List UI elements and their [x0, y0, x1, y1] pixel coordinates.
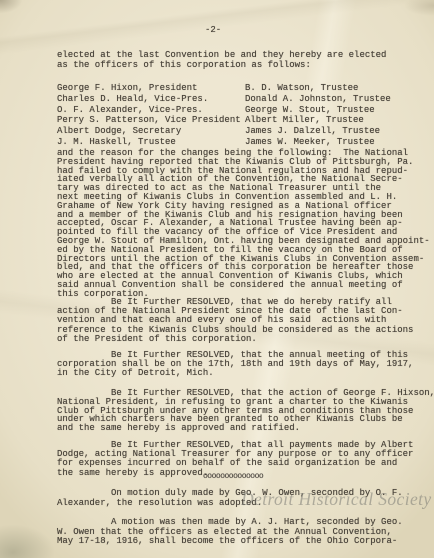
- officer-column-left: George F. Hixon, PresidentCharles D. Hea…: [57, 83, 241, 148]
- paragraph-motion-hart: A motion was then made by A. J. Hart, se…: [57, 518, 403, 547]
- text-line: George W. Stout, Trustee: [245, 105, 391, 116]
- officer-column-right: B. D. Watson, TrusteeDonald A. Johnston,…: [245, 83, 391, 148]
- text-line: James J. Dalzell, Trustee: [245, 126, 391, 137]
- paragraph-resolved-annual-meeting: Be It Further RESOLVED, that the annual …: [57, 351, 413, 379]
- text-line: Albert Dodge, Secretary: [57, 126, 241, 137]
- text-line: of the President of this corporation.: [57, 335, 413, 344]
- text-line: Albert Miller, Trustee: [245, 115, 391, 126]
- text-line: Donald A. Johnston, Trustee: [245, 94, 391, 105]
- document-page: -2- elected at the last Convention be an…: [0, 0, 434, 558]
- paragraph-intro: elected at the last Convention be and th…: [57, 51, 386, 70]
- paragraph-resolved-ratify: Be It Further RESOLVED, that we do hereb…: [57, 298, 413, 344]
- text-line: as the officers of this corporation as f…: [57, 61, 386, 71]
- watermark-text: Detroit Historical Society: [241, 489, 432, 510]
- text-line: Perry S. Patterson, Vice President: [57, 115, 241, 126]
- text-line: James W. Meeker, Trustee: [245, 137, 391, 148]
- text-line: B. D. Watson, Trustee: [245, 83, 391, 94]
- paragraph-resolved-hixson-charter: Be It Further RESOLVED, that the action …: [57, 389, 434, 433]
- page-number: -2-: [205, 25, 221, 35]
- text-line: O. F. Alexander, Vice-Pres.: [57, 105, 241, 116]
- text-line: Charles D. Heald, Vice-Pres.: [57, 94, 241, 105]
- text-line: George F. Hixon, President: [57, 83, 241, 94]
- asterisk-separator: oooooooooooooo: [203, 472, 263, 481]
- text-line: J. M. Haskell, Trustee: [57, 137, 241, 148]
- text-line: in the City of Detroit, Mich.: [57, 369, 413, 378]
- text-line: and the same hereby is approved and rati…: [57, 424, 434, 433]
- paragraph-changes: and the reason for the changes being the…: [57, 149, 430, 299]
- text-line: May 17-18, 1916, shall become the office…: [57, 537, 403, 547]
